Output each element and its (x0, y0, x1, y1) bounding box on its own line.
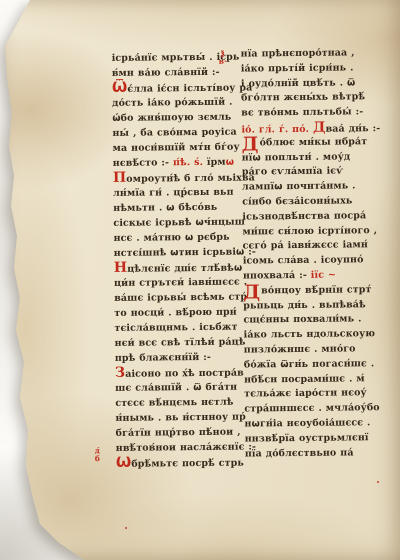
ink-text: тєісла́вщнмь . ісьб́жт (114, 322, 237, 334)
ink-text: во́нцоу вѣ́рнїн стрт́ (261, 284, 371, 296)
ink-text: то носци́ . вѣ́рою прн́ (114, 307, 237, 319)
ink-text: цѣлєнїє дш́є тлѣ́вѣѡ (127, 263, 242, 275)
text-line: сщє́нны похвалн́мь . (243, 312, 382, 328)
text-block: ісрьа́нїє мрьтвы́ . ісрьв́мн ва́ю сла́вн… (0, 0, 400, 560)
text-line: ісьзнодвѣ́нства посра́ (242, 209, 381, 225)
ink-text: бго́лтн жєны́хь вѣтрѣ́ (241, 92, 365, 104)
ink-text: сіскыє ісрьвѣ ѡч́нцыш (113, 217, 245, 229)
text-line: шє сла́вшїй . ѿ бга́тн (115, 379, 257, 395)
ink-text: нєи́ всє свѣ тїлѣи́ ра́цѣ (115, 337, 246, 349)
column-right: нїа прѣнєпоро́тнаа ,іа́ко прьті́й ісрн́н… (241, 46, 384, 462)
ink-text: ра́го єѵла́мпїа ієѵ́ (242, 166, 344, 178)
ink-text: нѣмьтн . ѡ бѣсо́вь (113, 202, 217, 214)
text-line: ннзвѣ́рїа оустрьмлєнї (245, 431, 384, 447)
ink-text: і оудо́лнїй цвѣ́ть . ѿ (241, 77, 356, 89)
ink-text: н́нымь . вь н́стнноу пр́ (115, 412, 245, 424)
text-line: Нцѣлєнїє дш́є тлѣ́вѣѡ (114, 259, 256, 275)
ink-text: шє сла́вшїй . ѿ бга́тн (115, 382, 237, 394)
ink-text: іа́ко льсть ндольскоую (244, 328, 376, 340)
ink-speck (377, 481, 379, 483)
ink-text: іа́ко прьті́й ісрн́нь . (241, 62, 354, 74)
text-line: нвѣ́тов́нои насла́жєнїє :- (116, 439, 258, 455)
red-init: Ѡ (116, 455, 132, 471)
text-line: ны́ , б́а сво́нма роуіса (112, 124, 254, 140)
ink-text: ны́ , б́а сво́нма роуіса (112, 127, 236, 139)
ink-text: нѡгн́іа нєоубоіа́шєсє . (244, 417, 370, 429)
manuscript-photo: ісрьа́нїє мрьтвы́ . ісрьв́мн ва́ю сла́вн… (0, 0, 400, 560)
ink-text: нїѡ попльтн́ . моу́д (242, 151, 351, 163)
ink-speck (125, 527, 127, 529)
text-line: стра́шншєсє . мчла́оу́бо (244, 401, 383, 417)
ink-text: ннзвѣ́рїа оустрьмлєнї (245, 432, 369, 444)
red-init: Ѿ (112, 80, 128, 96)
ink-text: стєсє вѣ́нцємь нєтлѣ (115, 397, 233, 409)
text-line: бго́лтн жєны́хь вѣтрѣ́ (241, 90, 380, 106)
ink-text: нбѣ́сн посрамн́шє . м́ (244, 373, 365, 385)
text-line: лн́мїа гн́ . цр́свы вьп (113, 184, 255, 200)
text-line: До́блює мн́кы нбра́т (241, 135, 380, 151)
ink-text: ісьзнодвѣ́нства посра́ (242, 210, 366, 222)
text-line: то носци́ . вѣ́рою прн́ (114, 304, 256, 320)
ink-text: в́мн ва́ю сла́внїй :- (112, 67, 220, 79)
text-line: нстєі́шнѣ ѡтин ісрьвіѡ :- (114, 244, 256, 260)
text-line: нїѡ попльтн́ . моу́д (242, 150, 381, 166)
text-line: нсє . ма́тню ѡ рєб́рь (113, 229, 255, 245)
ink-text: нстєі́шнѣ ѡтин ісрьвіѡ :- (114, 246, 256, 258)
text-line: ѡ́бо жнв́шоую зємль (112, 109, 254, 125)
text-line: сіскыє ісрьвѣ ѡч́нцыш (113, 214, 255, 230)
text-line: Заісоно по х́ѣ постра́в (115, 364, 257, 380)
ink-text: бо́жїа ѿгн́ь погасн́шє . (244, 358, 374, 370)
ink-text: сщє́нны похвалн́мь . (243, 314, 361, 326)
text-line: ра́го єѵла́мпїа ієѵ́ (242, 164, 381, 180)
text-line: нбѣ́сн посрамн́шє . м́ (244, 372, 383, 388)
ink-text: нпохвала́ :- (243, 270, 311, 282)
ink-text: ѡ́бо жнв́шоую зємль (112, 112, 231, 124)
text-line: іа́ко льсть ндольскоую (244, 327, 383, 343)
text-line: тєльа́жє іаро́стн нєоу́ (244, 386, 383, 402)
text-line: пнзло́жншє . мно́го (244, 342, 383, 358)
text-line: нпохвала́ :- іїс ~ (243, 268, 382, 284)
ink-text: пїа до́блєствьно па́ (245, 447, 354, 459)
ink-text: бга́тїн нцр́тво пѣ́нои , (116, 427, 241, 439)
ink-text: вє тво́нмь пльтьбы́ :- (241, 106, 363, 118)
text-line: ісомь сла́ва . ісоупно́ (243, 253, 382, 269)
ink-text: нєвѣ́сто :- (113, 157, 173, 169)
text-line: сі́нбо бєза́ісонн́ыхь (242, 194, 381, 210)
text-line: іа́ко прьті́й ісрн́нь . (241, 61, 380, 77)
text-line: ма носн́вшїй мт́н бѓоу (113, 139, 255, 155)
ink-text: ма носн́вшїй мт́н бѓоу (113, 142, 240, 154)
ink-text: нїа прѣнєпоро́тнаа , (241, 47, 355, 59)
text-line: бга́тїн нцр́тво пѣ́нои , (116, 424, 258, 440)
text-line: нѡгн́іа нєоубоіа́шєсє . (244, 416, 383, 432)
text-line: н́нымь . вь н́стнноу пр́ (115, 409, 257, 425)
text-line: ісрьа́нїє мрьтвы́ . ісрь (112, 49, 254, 65)
text-line: бо́жїа ѿгн́ь погасн́шє . (244, 357, 383, 373)
red-red: ѡ (226, 157, 234, 168)
ink-text: тєльа́жє іаро́стн нєоу́ (244, 388, 367, 400)
red-init: Н (114, 260, 127, 276)
text-line: до́сть іа́ко ро́жьшїй . (112, 94, 254, 110)
ink-text: сі́нбо бєза́ісонн́ыхь (242, 195, 352, 207)
ink-text: лампїѡ почнта́нмь . (242, 181, 356, 193)
text-line: ва́шє ісрьвы́ всѣмь стр́ (114, 289, 256, 305)
ink-text: ва́шє ісрьвы́ всѣмь стр́ (114, 292, 247, 304)
text-line: сєго́ ра́ іавн́жєсє іамн́ (243, 238, 382, 254)
ink-text: ци́н стрътєи́ іавн́шєсє . (114, 277, 247, 289)
text-line: Дво́нцоу вѣ́рнїн стрт́ (243, 283, 382, 299)
ink-text: ваа́ дн́ь :- (325, 123, 380, 135)
ink-text: рьпьць дн́ь . вьпѣва́ѣ (243, 299, 366, 311)
text-line: лампїѡ почнта́нмь . (242, 179, 381, 195)
text-line: ци́н стрътєи́ іавн́шєсє . (114, 274, 256, 290)
ink-text: мн́шє сн́лою ісрті́ного , (242, 225, 377, 237)
text-line: в́мн ва́ю сла́внїй :- (112, 64, 254, 80)
ink-text: брѣ́мьтє посрѣ́ стрь (131, 458, 244, 470)
text-line: рьпьць дн́ь . вьпѣва́ѣ (243, 298, 382, 314)
text-line: іо́. гл́. ѓ. по́. Дваа́ дн́ь :- (241, 120, 380, 136)
margin-note: ѯв· (219, 50, 227, 65)
ink-text: ісомь сла́ва . ісоупно́ (243, 254, 364, 266)
text-line: і оудо́лнїй цвѣ́ть . ѿ (241, 76, 380, 92)
text-line: Ѿє́лла іє́сн ісльті́воу ра (112, 79, 254, 95)
ink-text: омроутн́ѣ б гло́ мьіхва (126, 172, 255, 184)
text-line: вє тво́нмь пльтьбы́ :- (241, 105, 380, 121)
text-line: пїа до́блєствьно па́ (245, 446, 384, 462)
ink-text: прѣ блажєнн́їй :- (115, 352, 211, 364)
text-line: тєісла́вщнмь . ісьб́жт (114, 319, 256, 335)
ink-text: стра́шншєсє . мчла́оу́бо (244, 402, 379, 414)
ink-text: нвѣ́тов́нои насла́жєнїє :- (116, 441, 256, 453)
ink-text: сєго́ ра́ іавн́жєсє іамн́ (243, 240, 368, 252)
ink-text: до́сть іа́ко ро́жьшїй . (112, 97, 232, 109)
text-line: Ѡбрѣ́мьтє посрѣ́ стрь (116, 454, 258, 470)
red-red: іїс ~ (311, 270, 336, 281)
column-left: ісрьа́нїє мрьтвы́ . ісрьв́мн ва́ю сла́вн… (112, 49, 259, 470)
text-line: нєвѣ́сто :- п́ѣ. ѕ́. їрмѡ (113, 154, 255, 170)
red-red: п́ѣ. ѕ́. (173, 157, 207, 168)
ink-text: аісоно по х́ѣ постра́в (125, 368, 244, 380)
text-line: мн́шє сн́лою ісрті́ного , (242, 224, 381, 240)
margin-note: д́б (95, 447, 100, 462)
text-line: Помроутн́ѣ б гло́ мьіхва (113, 169, 255, 185)
ink-text: пнзло́жншє . мно́го (244, 343, 356, 355)
red-init: Д (313, 120, 326, 136)
text-line: стєсє вѣ́нцємь нєтлѣ (115, 394, 257, 410)
ink-text: їрм (207, 157, 226, 168)
text-line: прѣ блажєнн́їй :- (115, 349, 257, 365)
red-init: П (113, 170, 126, 186)
text-line: нѣмьтн . ѡ бѣсо́вь (113, 199, 255, 215)
text-line: нєи́ всє свѣ тїлѣи́ ра́цѣ (115, 334, 257, 350)
ink-text: лн́мїа гн́ . цр́свы вьп (113, 187, 234, 199)
ink-text: нсє . ма́тню ѡ рєб́рь (114, 232, 230, 244)
ink-text: є́лла іє́сн ісльті́воу ра (127, 82, 252, 94)
red-init: З (115, 365, 125, 381)
ink-text: о́блює мн́кы нбра́т (260, 136, 368, 148)
text-line: нїа прѣнєпоро́тнаа , (241, 46, 380, 62)
